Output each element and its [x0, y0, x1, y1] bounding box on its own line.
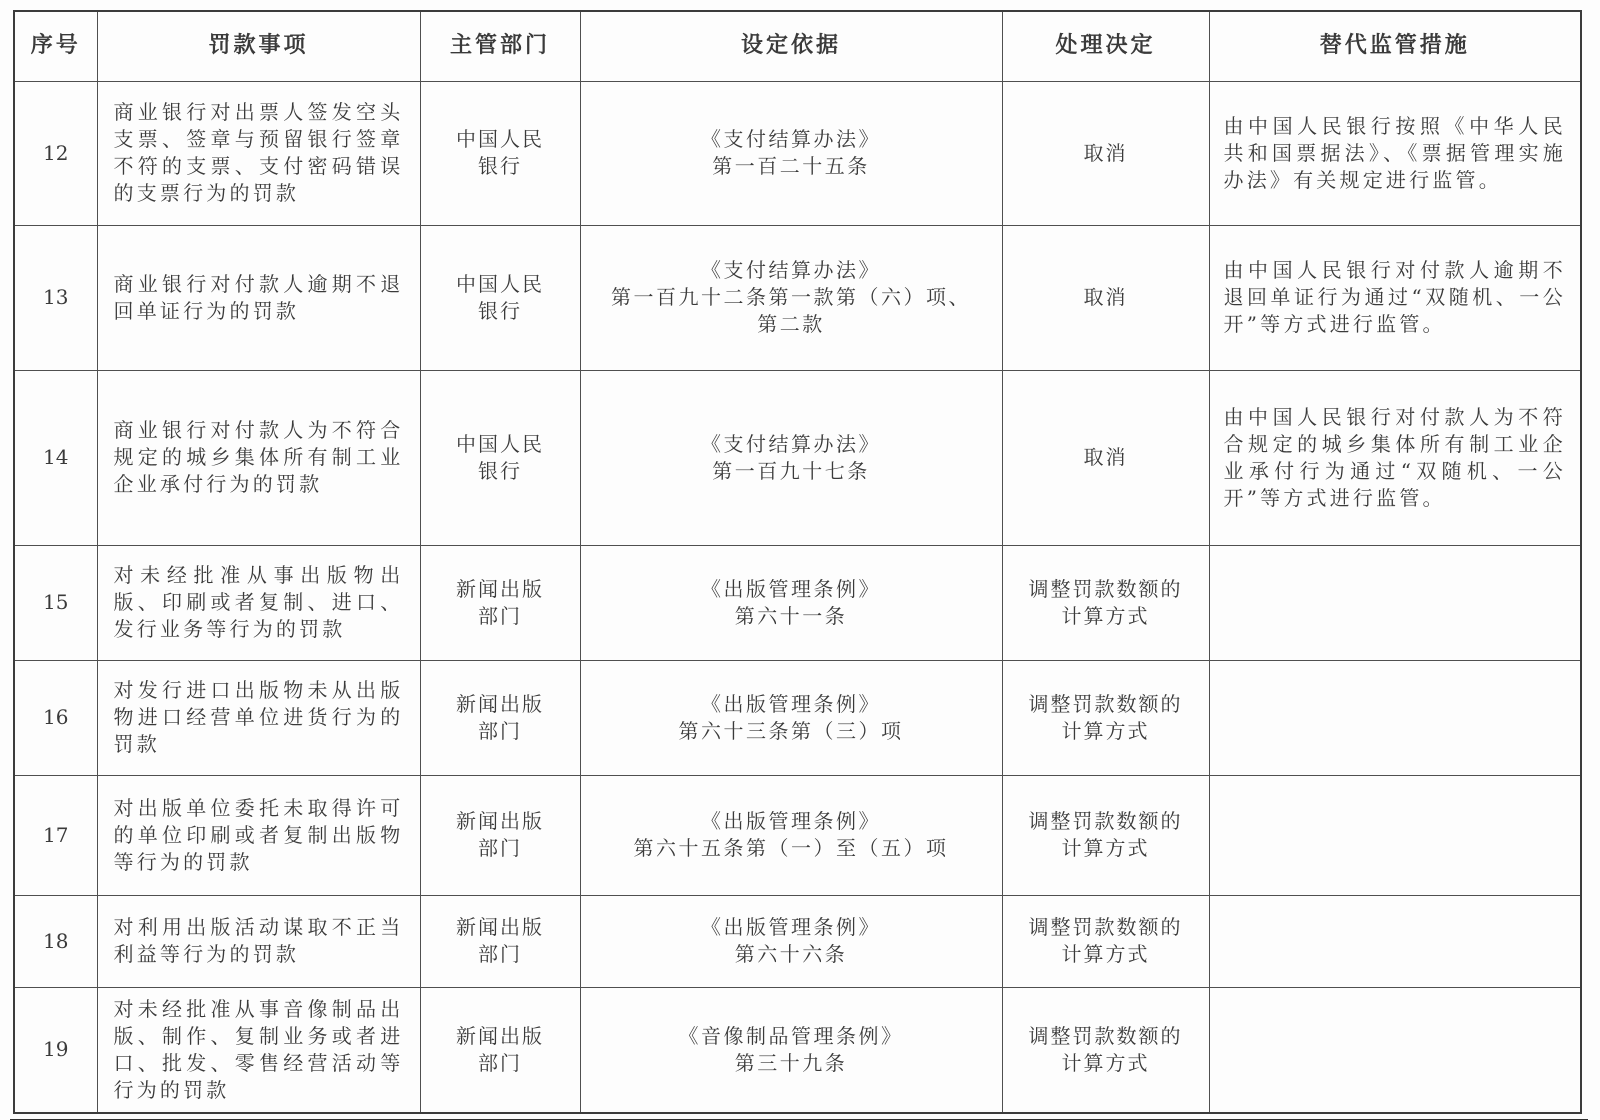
cell-department: 中国人民 银行 — [420, 81, 580, 225]
cell-basis: 《出版管理条例》 第六十三条第（三）项 — [580, 660, 1002, 775]
cell-department: 新闻出版 部门 — [420, 895, 580, 987]
cell-item: 对未经批准从事出版物出版、印刷或者复制、进口、发行业务等行为的罚款 — [97, 545, 420, 660]
cell-no: 16 — [14, 660, 97, 775]
cell-basis: 《支付结算办法》 第一百九十七条 — [580, 370, 1002, 545]
col-header-department: 主管部门 — [420, 11, 580, 81]
cell-item: 对利用出版活动谋取不正当利益等行为的罚款 — [97, 895, 420, 987]
cell-decision: 调整罚款数额的 计算方式 — [1002, 895, 1209, 987]
cell-basis: 《出版管理条例》 第六十六条 — [580, 895, 1002, 987]
cell-decision: 调整罚款数额的 计算方式 — [1002, 545, 1209, 660]
cell-department: 中国人民 银行 — [420, 370, 580, 545]
table-header-row: 序号 罚款事项 主管部门 设定依据 处理决定 替代监管措施 — [14, 11, 1581, 81]
col-header-measure: 替代监管措施 — [1209, 11, 1581, 81]
cell-basis: 《支付结算办法》 第一百二十五条 — [580, 81, 1002, 225]
cell-basis: 《出版管理条例》 第六十一条 — [580, 545, 1002, 660]
cell-item: 对未经批准从事音像制品出版、制作、复制业务或者进口、批发、零售经营活动等行为的罚… — [97, 987, 420, 1113]
cell-department: 新闻出版 部门 — [420, 987, 580, 1113]
col-header-no: 序号 — [14, 11, 97, 81]
table-row: 13 商业银行对付款人逾期不退回单证行为的罚款 中国人民 银行 《支付结算办法》… — [14, 225, 1581, 370]
cell-measure — [1209, 660, 1581, 775]
document-page: 序号 罚款事项 主管部门 设定依据 处理决定 替代监管措施 12 商业银行对出票… — [0, 0, 1600, 1120]
cell-department: 中国人民 银行 — [420, 225, 580, 370]
cell-department: 新闻出版 部门 — [420, 775, 580, 895]
cell-decision: 调整罚款数额的 计算方式 — [1002, 987, 1209, 1113]
cell-no: 15 — [14, 545, 97, 660]
table-row: 19 对未经批准从事音像制品出版、制作、复制业务或者进口、批发、零售经营活动等行… — [14, 987, 1581, 1113]
table-row: 15 对未经批准从事出版物出版、印刷或者复制、进口、发行业务等行为的罚款 新闻出… — [14, 545, 1581, 660]
cell-no: 17 — [14, 775, 97, 895]
cell-no: 19 — [14, 987, 97, 1113]
table-row: 12 商业银行对出票人签发空头支票、签章与预留银行签章不符的支票、支付密码错误的… — [14, 81, 1581, 225]
cell-department: 新闻出版 部门 — [420, 545, 580, 660]
cell-measure: 由中国人民银行对付款人逾期不退回单证行为通过“双随机、一公开”等方式进行监管。 — [1209, 225, 1581, 370]
table-row: 16 对发行进口出版物未从出版物进口经营单位进货行为的罚款 新闻出版 部门 《出… — [14, 660, 1581, 775]
cell-item: 商业银行对付款人逾期不退回单证行为的罚款 — [97, 225, 420, 370]
cell-measure: 由中国人民银行对付款人为不符合规定的城乡集体所有制工业企业承付行为通过“双随机、… — [1209, 370, 1581, 545]
cell-decision: 取消 — [1002, 370, 1209, 545]
cell-no: 14 — [14, 370, 97, 545]
cell-measure — [1209, 545, 1581, 660]
table-row: 14 商业银行对付款人为不符合规定的城乡集体所有制工业企业承付行为的罚款 中国人… — [14, 370, 1581, 545]
cell-measure: 由中国人民银行按照《中华人民共和国票据法》、《票据管理实施办法》有关规定进行监管… — [1209, 81, 1581, 225]
cell-department: 新闻出版 部门 — [420, 660, 580, 775]
cell-decision: 调整罚款数额的 计算方式 — [1002, 775, 1209, 895]
col-header-basis: 设定依据 — [580, 11, 1002, 81]
col-header-item: 罚款事项 — [97, 11, 420, 81]
table-row: 18 对利用出版活动谋取不正当利益等行为的罚款 新闻出版 部门 《出版管理条例》… — [14, 895, 1581, 987]
cell-no: 12 — [14, 81, 97, 225]
cell-basis: 《支付结算办法》 第一百九十二条第一款第（六）项、 第二款 — [580, 225, 1002, 370]
cell-item: 对发行进口出版物未从出版物进口经营单位进货行为的罚款 — [97, 660, 420, 775]
cell-measure — [1209, 987, 1581, 1113]
cell-decision: 取消 — [1002, 225, 1209, 370]
cell-basis: 《出版管理条例》 第六十五条第（一）至（五）项 — [580, 775, 1002, 895]
cell-item: 对出版单位委托未取得许可的单位印刷或者复制出版物等行为的罚款 — [97, 775, 420, 895]
table-row: 17 对出版单位委托未取得许可的单位印刷或者复制出版物等行为的罚款 新闻出版 部… — [14, 775, 1581, 895]
cell-decision: 取消 — [1002, 81, 1209, 225]
cell-decision: 调整罚款数额的 计算方式 — [1002, 660, 1209, 775]
cell-item: 商业银行对出票人签发空头支票、签章与预留银行签章不符的支票、支付密码错误的支票行… — [97, 81, 420, 225]
penalty-items-table: 序号 罚款事项 主管部门 设定依据 处理决定 替代监管措施 12 商业银行对出票… — [13, 10, 1582, 1114]
col-header-decision: 处理决定 — [1002, 11, 1209, 81]
cell-measure — [1209, 775, 1581, 895]
cell-no: 13 — [14, 225, 97, 370]
cell-measure — [1209, 895, 1581, 987]
cell-no: 18 — [14, 895, 97, 987]
cell-basis: 《音像制品管理条例》 第三十九条 — [580, 987, 1002, 1113]
cell-item: 商业银行对付款人为不符合规定的城乡集体所有制工业企业承付行为的罚款 — [97, 370, 420, 545]
